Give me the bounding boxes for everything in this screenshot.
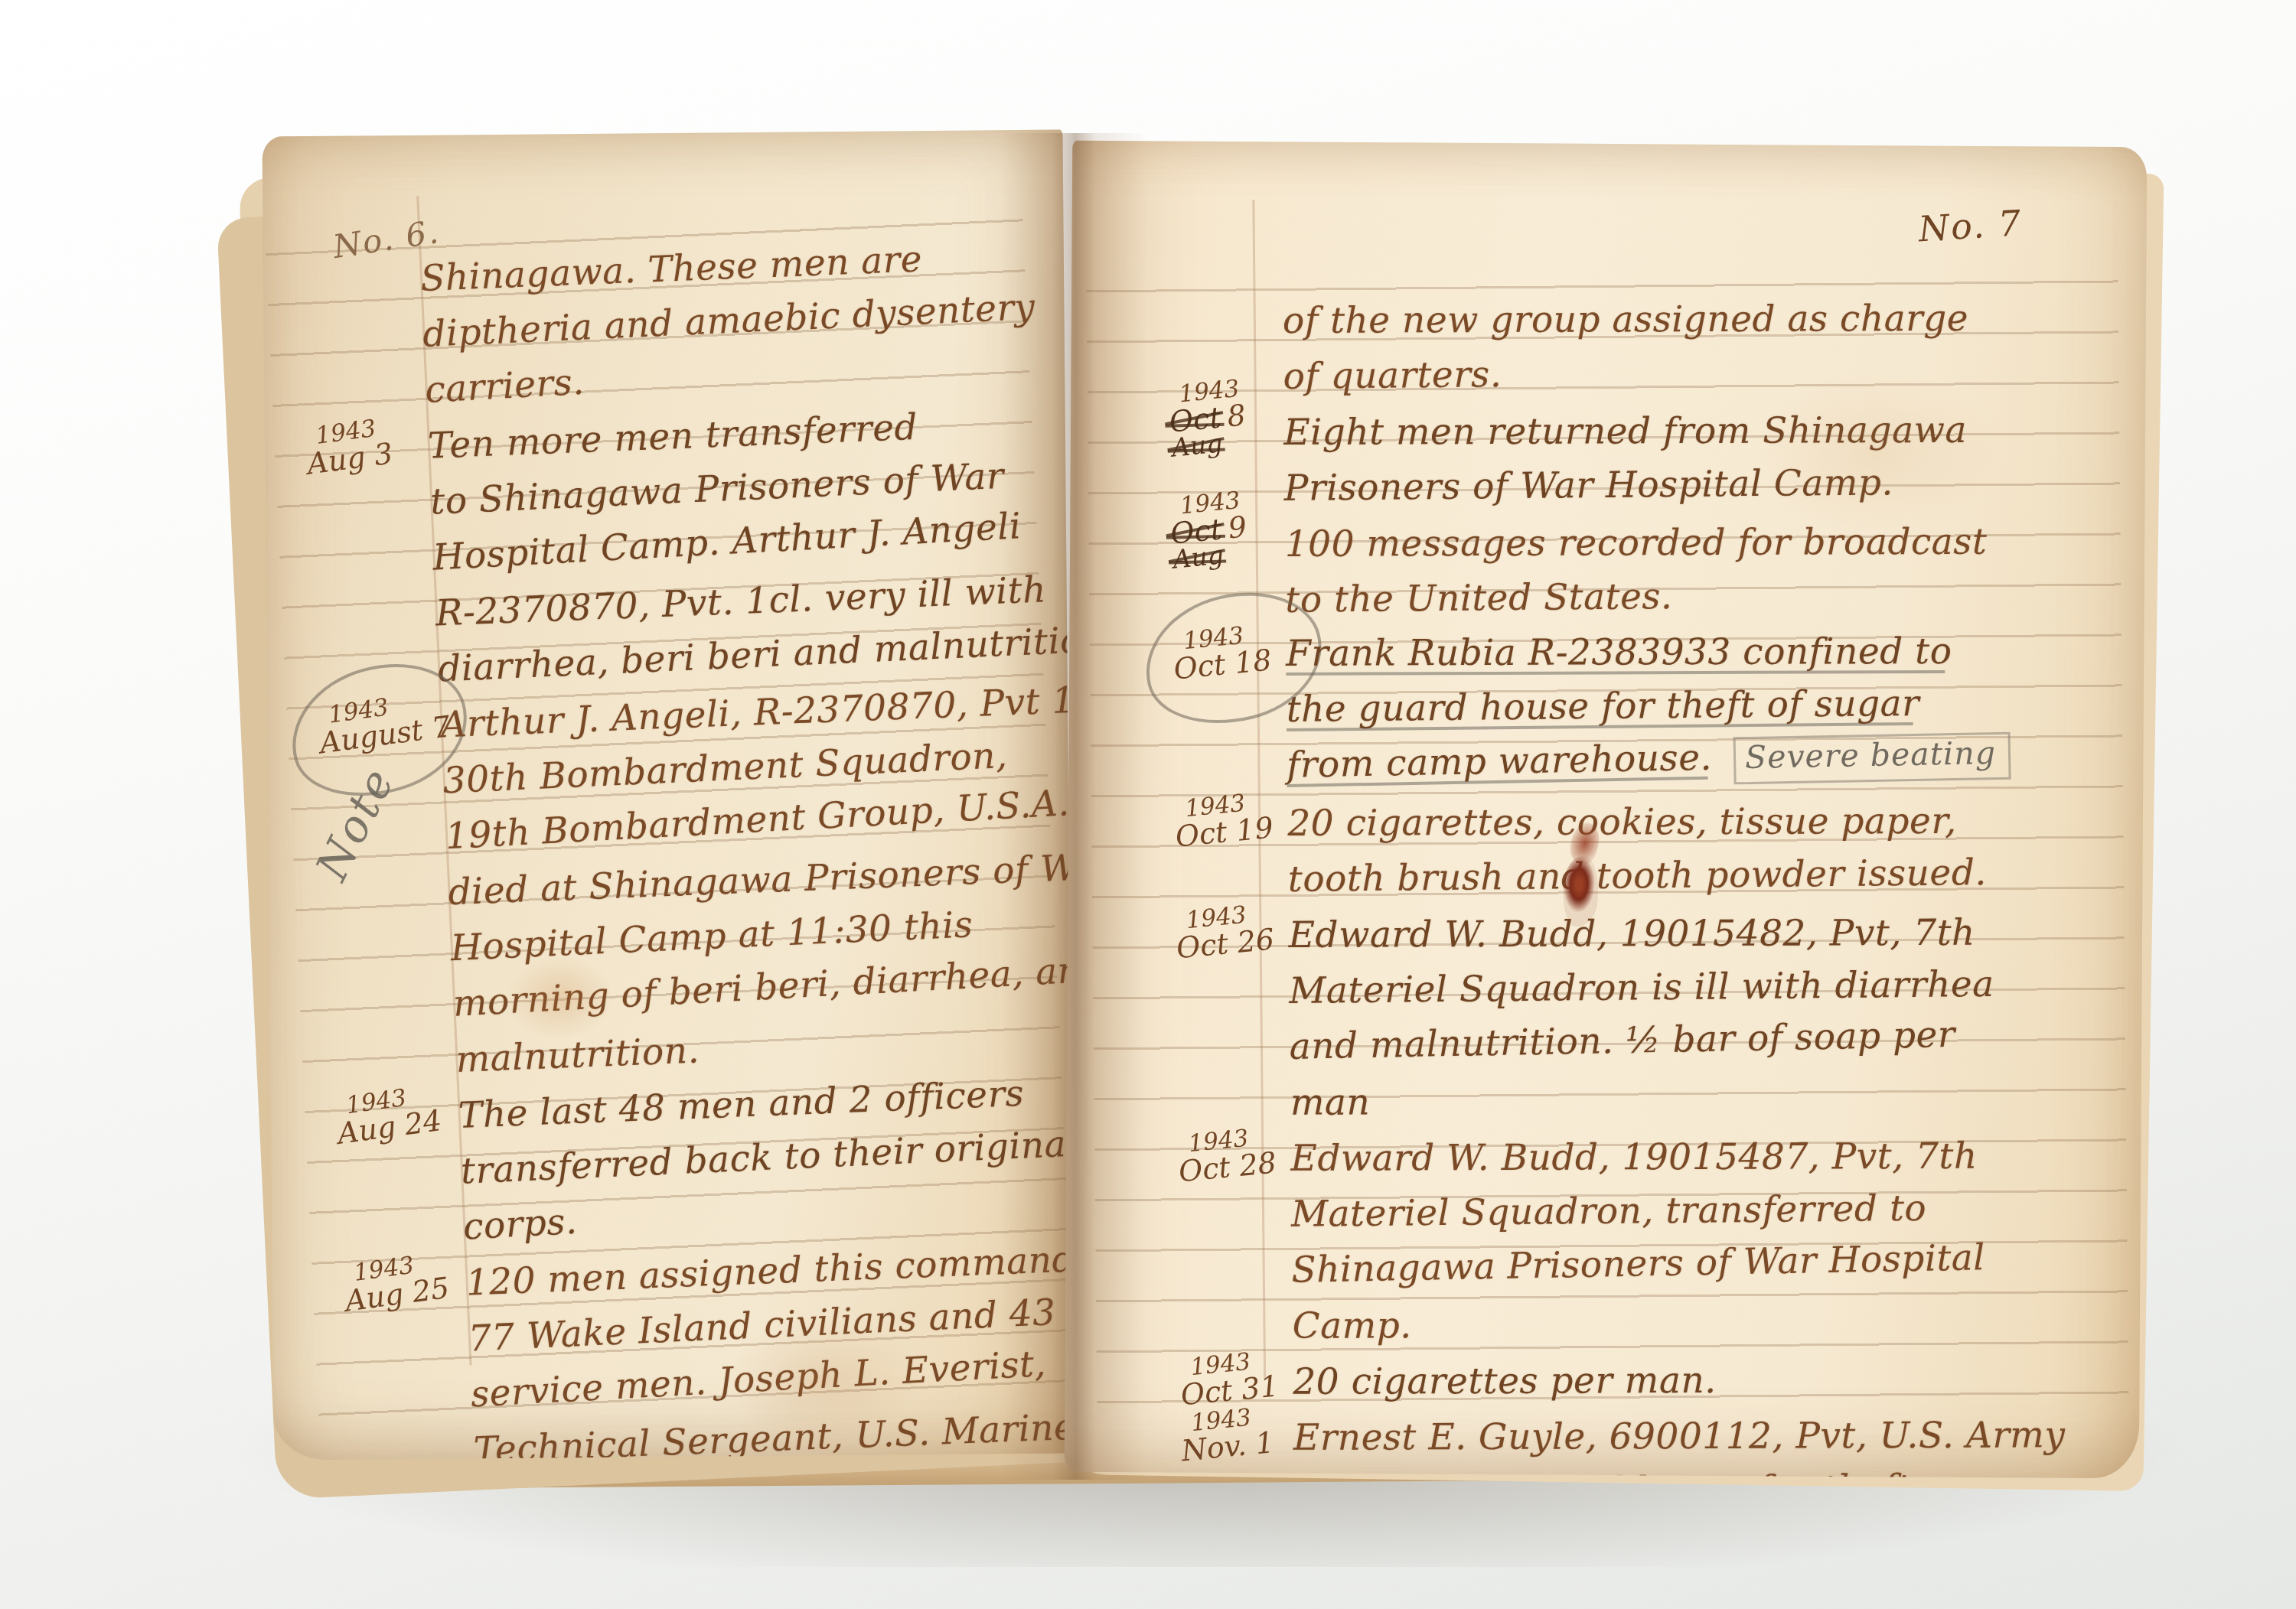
- log-entry: 1943Oct9Aug100 messages recorded for bro…: [1171, 506, 2136, 627]
- left-page: No. 6. Shinagawa. These men arediptheria…: [262, 129, 1074, 1460]
- left-page-sheet: No. 6. Shinagawa. These men arediptheria…: [262, 129, 1074, 1460]
- entry-line: from camp warehouse.Severe beating: [1287, 730, 2138, 794]
- entry-line: of the new group assigned as charge: [1282, 283, 2134, 347]
- entry-text: 20 cigarettes, cookies, tissue paper,too…: [1287, 786, 2139, 906]
- entry-date: 1943Oct 26: [1173, 904, 1291, 966]
- entry-date: 1943Oct8Aug: [1169, 402, 1287, 463]
- entry-text: Edward W. Budd, 19015482, Pvt, 7thMateri…: [1288, 897, 2141, 1129]
- blood-stain: [1557, 822, 1607, 935]
- crossed-out-month: Aug: [1172, 539, 1225, 574]
- entry-line: Materiel Squadron, transferred to: [1291, 1177, 2143, 1241]
- entry-date: 1943Aug 25: [341, 1252, 468, 1318]
- log-entry: of the new group assigned as chargeof qu…: [1169, 283, 2134, 404]
- entry-line: 100 messages recorded for broadcast: [1284, 506, 2136, 571]
- entry-line: the guard house for theft of sugar: [1286, 674, 2138, 738]
- entry-text: 100 messages recorded for broadcastto th…: [1284, 506, 2136, 627]
- entry-line: Ernest E. Guyle, 6900112, Pvt, U.S. Army: [1293, 1400, 2145, 1464]
- log-entries: of the new group assigned as chargeof qu…: [1169, 283, 2145, 1478]
- entry-text: Shinagawa. These men arediptheria and am…: [419, 222, 1039, 417]
- entry-text: 20 cigarettes per man.: [1293, 1344, 2144, 1409]
- entry-date: 1943August 7Note: [315, 694, 443, 761]
- right-page: No. 7 of the new group assigned as charg…: [1065, 141, 2148, 1479]
- entry-date: [1167, 290, 1285, 351]
- entry-line: man: [1290, 1065, 2141, 1129]
- entry-line: Eight men returned from Shinagawa: [1283, 395, 2135, 459]
- crossed-out-month: Aug: [1170, 428, 1224, 462]
- entry-text: 120 men assigned this command today77 Wa…: [465, 1226, 1075, 1460]
- entry-line: tooth brush and tooth powder issued.: [1287, 842, 2139, 906]
- page-number: No. 7: [1918, 202, 2024, 249]
- log-entry: 1943Oct 18Frank Rubia R-2383933 confined…: [1172, 618, 2138, 795]
- right-page-sheet: No. 7 of the new group assigned as charg…: [1065, 141, 2148, 1479]
- entry-line: Frank Rubia R-2383933 confined to: [1286, 618, 2138, 682]
- log-entry: 1943Aug 24The last 48 men and 2 officers…: [334, 1059, 1074, 1259]
- entry-line: of quarters.: [1283, 339, 2135, 403]
- entry-date: 1943Aug 24: [333, 1084, 461, 1151]
- log-entry: 1943August 7NoteArthur J. Angeli, R-2370…: [317, 668, 1070, 1092]
- entry-year: 1943: [327, 693, 390, 728]
- pencil-annotation: Severe beating: [1733, 732, 2011, 785]
- entry-line: 20 cigarettes per man.: [1293, 1344, 2144, 1409]
- log-entry: 1943Oct 26Edward W. Budd, 19015482, Pvt,…: [1175, 897, 2141, 1130]
- open-notebook: No. 6. Shinagawa. These men arediptheria…: [268, 113, 2147, 1502]
- entry-day: Oct 18: [1172, 643, 1274, 686]
- entry-date: 1943Aug 3: [303, 415, 431, 481]
- log-entry: 1943Oct 3120 cigarettes per man.: [1179, 1344, 2144, 1409]
- log-entry: 1943Oct 1920 cigarettes, cookies, tissue…: [1174, 786, 2139, 907]
- entry-text: Ernest E. Guyle, 6900112, Pvt, U.S. Army…: [1293, 1400, 2146, 1478]
- log-entry: 1943Oct8AugEight men returned from Shina…: [1170, 395, 2135, 516]
- entry-line: Prisoners of War Hospital Camp.: [1284, 451, 2136, 515]
- log-entries: Shinagawa. These men arediptheria and am…: [297, 222, 1075, 1461]
- entry-text: Arthur J. Angeli, R-2370870, Pvt 1cl,30t…: [439, 668, 1070, 1086]
- entry-line: Edward W. Budd, 19015487, Pvt, 7th: [1290, 1121, 2142, 1185]
- log-entry: 1943Oct 28Edward W. Budd, 19015487, Pvt,…: [1177, 1121, 2144, 1353]
- entry-date: 1943Oct 18: [1171, 625, 1289, 686]
- log-entry: 1943Nov. 1Ernest E. Guyle, 6900112, Pvt,…: [1180, 1400, 2146, 1478]
- entry-date: 1943Nov. 1: [1178, 1407, 1296, 1468]
- entry-line: Camp.: [1292, 1288, 2144, 1353]
- entry-date: [295, 247, 423, 314]
- entry-text: Frank Rubia R-2383933 confined tothe gua…: [1286, 618, 2138, 794]
- entry-date: 1943Oct 19: [1172, 793, 1290, 854]
- entry-line: Materiel Squadron is ill with diarrhea: [1289, 953, 2141, 1018]
- entry-text: The last 48 men and 2 officerstransferre…: [457, 1059, 1074, 1254]
- entry-day: August 7: [318, 709, 452, 760]
- entry-text: Eight men returned from ShinagawaPrisone…: [1283, 395, 2135, 515]
- log-entry: Shinagawa. These men arediptheria and am…: [297, 222, 1040, 422]
- log-entry: 1943Aug 3Ten more men transferredto Shin…: [304, 389, 1052, 702]
- entry-line: 20 cigarettes, cookies, tissue paper,: [1287, 786, 2139, 850]
- log-entry: 1943Aug 25120 men assigned this command …: [342, 1226, 1074, 1460]
- entry-date: 1943Oct 28: [1176, 1128, 1293, 1189]
- entry-line: Edward W. Budd, 19015482, Pvt, 7th: [1288, 897, 2140, 962]
- entry-year: 1943: [1182, 622, 1245, 655]
- entry-text: of the new group assigned as chargeof qu…: [1282, 283, 2134, 403]
- entry-date: 1943Oct9Aug: [1169, 513, 1287, 575]
- entry-line: and malnutrition. ½ bar of soap per: [1290, 1009, 2141, 1073]
- entry-text: Ten more men transferredto Shinagawa Pri…: [426, 389, 1052, 696]
- entry-text: Edward W. Budd, 19015487, Pvt, 7thMateri…: [1290, 1121, 2144, 1353]
- entry-line: Shinagawa Prisoners of War Hospital: [1291, 1233, 2143, 1297]
- entry-date: 1943Oct 31: [1178, 1351, 1296, 1412]
- entry-line: to the United States.: [1285, 562, 2137, 627]
- photo-backdrop: No. 6. Shinagawa. These men arediptheria…: [0, 0, 2296, 1609]
